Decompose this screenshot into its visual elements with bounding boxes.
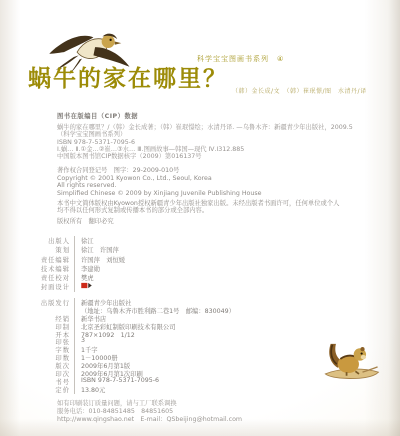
publishing-label: 定价: [30, 385, 70, 394]
cip-heading: 图书在版编目（CIP）数据: [57, 111, 369, 120]
footer-section: 如有印刷装订质量问题，请与工厂联系调换 服务电话：010-84851485 84…: [57, 400, 242, 424]
staff-value: [74, 282, 92, 291]
publishing-row: 印数 1－10000册: [30, 353, 235, 361]
staff-row: 责任编辑 许国萍 刘恒媛: [30, 255, 125, 264]
staff-value: 樊虎: [74, 273, 94, 282]
publishing-table: 出版发行 新疆青少年出版社 （地址：乌鲁木齐市胜利路二巷1号 邮编：830049…: [30, 298, 235, 393]
staff-row: 出版人 徐江: [30, 236, 125, 245]
publisher-logo-mark: [81, 282, 92, 289]
publishing-row: 版次 2009年6月第1版: [30, 361, 235, 369]
staff-value: 许国萍 刘恒媛: [74, 255, 125, 264]
publishing-row: （地址：乌鲁木齐市胜利路二巷1号 邮编：830049）: [30, 306, 235, 314]
staff-label: 出版人: [30, 236, 70, 245]
publishing-row: 定价 13.80元: [30, 385, 235, 393]
footer-quality-line: 如有印刷装订质量问题，请与工厂联系调换: [57, 400, 242, 408]
staff-value: 李建勋: [74, 264, 100, 273]
publishing-row: 印张 3: [30, 337, 235, 345]
book-title: 蜗牛的家在哪里？: [28, 60, 228, 93]
cip-record-number: 中国版本图书馆CIP数据核字（2009）第016137号: [57, 153, 369, 160]
author-credits: （韩）金长成/文 （韩）崔珉憬/图 水清丹/译: [232, 86, 367, 95]
publishing-value: 3: [74, 337, 85, 345]
publishing-row: 经销 新华书店: [30, 314, 235, 322]
cip-line: （科学宝宝图画书系列）: [57, 131, 369, 138]
notice-section: 本书中文简体版权由Kyowon授权新疆青少年出版社独家出版。未经出版者书面许可，…: [57, 200, 339, 225]
colophon-page: 科学宝宝图画书系列 ④ 蜗牛的家在哪里？ （韩）金长成/文 （韩）崔珉憬/图 水…: [0, 0, 400, 436]
publishing-row: 书号 ISBN 978-7-5371-7095-6: [30, 377, 235, 385]
copyright-line: All rights reserved.: [57, 182, 262, 190]
book-isbn: ISBN 978-7-5371-7095-6: [74, 377, 159, 385]
copyright-line: Simplified Chinese © 2009 by Xinjiang Ju…: [57, 190, 262, 198]
copyright-line: Copyright © 2001 Kyowon Co., Ltd., Seoul…: [57, 175, 262, 183]
footer-phone-line: 服务电话：010-84851485 84851605: [57, 408, 242, 416]
staff-value: 徐江 许国萍: [74, 245, 119, 254]
copyright-section: 著作权合同登记号 图字：29-2009-010号 Copyright © 200…: [57, 167, 262, 197]
notice-line: 均不得以任何形式复制或传播本书的部分或全部内容。: [57, 207, 339, 214]
footer-website-line: http://www.qingshao.net E-mail：QSbeijing…: [57, 416, 242, 424]
staff-row: 责任校对 樊虎: [30, 273, 125, 282]
staff-label: 责任校对: [30, 273, 70, 282]
staff-label: 技术编辑: [30, 264, 70, 273]
staff-label: 策划: [30, 245, 70, 254]
staff-row: 技术编辑 李建勋: [30, 264, 125, 273]
publishing-label: 出版发行: [30, 298, 70, 307]
cip-line: ISBN 978-7-5371-7095-6: [57, 139, 369, 146]
copyright-warning: 版权所有 翻印必究: [57, 218, 339, 225]
chipmunk-illustration: [320, 330, 382, 386]
staff-value: 徐江: [74, 236, 94, 245]
publishing-row: 印制 北京圣彩虹制版印刷技术有限公司: [30, 322, 235, 330]
publishing-row: 字数 1千字: [30, 345, 235, 353]
staff-table: 出版人 徐江 策划 徐江 许国萍 责任编辑 许国萍 刘恒媛 技术编辑 李建勋 责…: [30, 236, 125, 292]
staff-row: 封面设计: [30, 282, 125, 291]
book-price: 13.80元: [74, 385, 105, 394]
staff-label: 责任编辑: [30, 255, 70, 264]
publishing-row: 印次 2009年6月第1次印刷: [30, 369, 235, 377]
publishing-row: 开本 787×1092 1/12: [30, 330, 235, 338]
copyright-registration: 著作权合同登记号 图字：29-2009-010号: [57, 167, 262, 175]
staff-label: 封面设计: [30, 282, 70, 291]
publishing-row: 出版发行 新疆青少年出版社: [30, 298, 235, 306]
staff-row: 策划 徐江 许国萍: [30, 245, 125, 254]
cip-section: 图书在版编目（CIP）数据 蜗牛的家在哪里？/（韩）金长成著；（韩）崔珉憬绘；水…: [57, 111, 369, 160]
